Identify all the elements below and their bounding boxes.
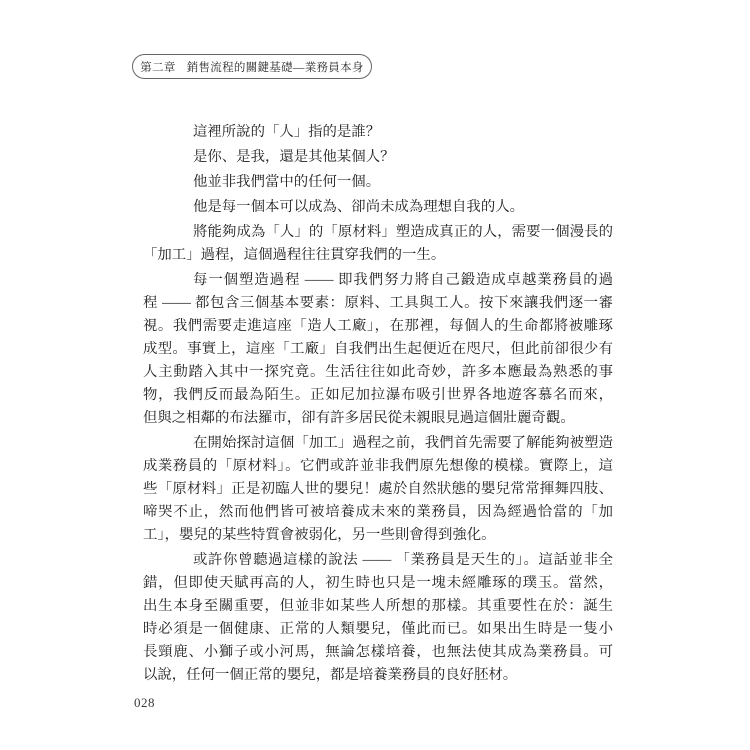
paragraph: 是你、是我，還是其他某個人？ bbox=[143, 146, 613, 169]
paragraph: 這裡所說的「人」指的是誰？ bbox=[143, 121, 613, 144]
body-text: 這裡所說的「人」指的是誰？是你、是我，還是其他某個人？他並非我們當中的任何一個。… bbox=[143, 121, 613, 689]
paragraph: 或許你曾聽過這樣的說法 —— 「業務員是天生的」。這話並非全錯，但即使天賦再高的… bbox=[143, 549, 613, 687]
chapter-label: 第二章 bbox=[140, 59, 175, 75]
text-line: 時必須是一個健康、正常的人類嬰兒，僅此而已。如果出生時是一隻小 bbox=[143, 618, 613, 641]
text-line: 是你、是我，還是其他某個人？ bbox=[143, 146, 613, 169]
text-line: 他並非我們當中的任何一個。 bbox=[143, 171, 613, 194]
paragraph: 他是每一個本可以成為、卻尚未成為理想自我的人。 bbox=[143, 196, 613, 219]
chapter-header-box: 第二章 銷售流程的關鍵基礎—業務員本身 bbox=[132, 54, 372, 79]
paragraph: 在開始探討這個「加工」過程之前，我們首先需要了解能夠被塑造成業務員的「原材料」。… bbox=[143, 432, 613, 547]
text-line: 「加工」過程，這個過程往往貫穿我們的一生。 bbox=[143, 244, 613, 267]
text-line: 工」，嬰兒的某些特質會被弱化，另一些則會得到強化。 bbox=[143, 524, 613, 547]
text-line: 將能夠成為「人」的「原材料」塑造成真正的人，需要一個漫長的 bbox=[143, 221, 613, 244]
text-line: 視。我們需要走進這座「造人工廠」，在那裡，每個人的生命都將被雕琢 bbox=[143, 315, 613, 338]
text-line: 長頸鹿、小獅子或小河馬，無論怎樣培養，也無法使其成為業務員。可 bbox=[143, 641, 613, 664]
text-line: 成業務員的「原材料」。它們或許並非我們原先想像的模樣。實際上，這 bbox=[143, 455, 613, 478]
page-number: 028 bbox=[134, 695, 155, 711]
text-line: 或許你曾聽過這樣的說法 —— 「業務員是天生的」。這話並非全 bbox=[143, 549, 613, 572]
text-line: 每一個塑造過程 —— 即我們努力將自己鍛造成卓越業務員的過 bbox=[143, 269, 613, 292]
text-line: 成型。事實上，這座「工廠」自我們出生起便近在咫尺，但此前卻很少有 bbox=[143, 338, 613, 361]
text-line: 出生本身至關重要，但並非如某些人所想的那樣。其重要性在於：誕生 bbox=[143, 595, 613, 618]
text-line: 他是每一個本可以成為、卻尚未成為理想自我的人。 bbox=[143, 196, 613, 219]
text-line: 錯，但即使天賦再高的人，初生時也只是一塊未經雕琢的璞玉。當然， bbox=[143, 572, 613, 595]
text-line: 以說，任何一個正常的嬰兒，都是培養業務員的良好胚材。 bbox=[143, 664, 613, 687]
paragraph: 他並非我們當中的任何一個。 bbox=[143, 171, 613, 194]
book-page: 第二章 銷售流程的關鍵基礎—業務員本身 這裡所說的「人」指的是誰？是你、是我，還… bbox=[0, 0, 750, 750]
text-line: 人主動踏入其中一探究竟。生活往往如此奇妙，許多本應最為熟悉的事 bbox=[143, 361, 613, 384]
text-line: 在開始探討這個「加工」過程之前，我們首先需要了解能夠被塑造 bbox=[143, 432, 613, 455]
text-line: 些「原材料」正是初臨人世的嬰兒！處於自然狀態的嬰兒常常揮舞四肢、 bbox=[143, 478, 613, 501]
text-line: 這裡所說的「人」指的是誰？ bbox=[143, 121, 613, 144]
chapter-title: 銷售流程的關鍵基礎—業務員本身 bbox=[187, 59, 364, 75]
paragraph: 將能夠成為「人」的「原材料」塑造成真正的人，需要一個漫長的「加工」過程，這個過程… bbox=[143, 221, 613, 267]
paragraph: 每一個塑造過程 —— 即我們努力將自己鍛造成卓越業務員的過程 —— 都包含三個基… bbox=[143, 269, 613, 430]
text-line: 但與之相鄰的布法羅市，卻有許多居民從未親眼見過這個壯麗奇觀。 bbox=[143, 407, 613, 430]
text-line: 物，我們反而最為陌生。正如尼加拉瀑布吸引世界各地遊客慕名而來， bbox=[143, 384, 613, 407]
text-line: 啼哭不止，然而他們皆可被培養成未來的業務員，因為經過恰當的「加 bbox=[143, 501, 613, 524]
text-line: 程 —— 都包含三個基本要素：原料、工具與工人。按下來讓我們逐一審 bbox=[143, 292, 613, 315]
